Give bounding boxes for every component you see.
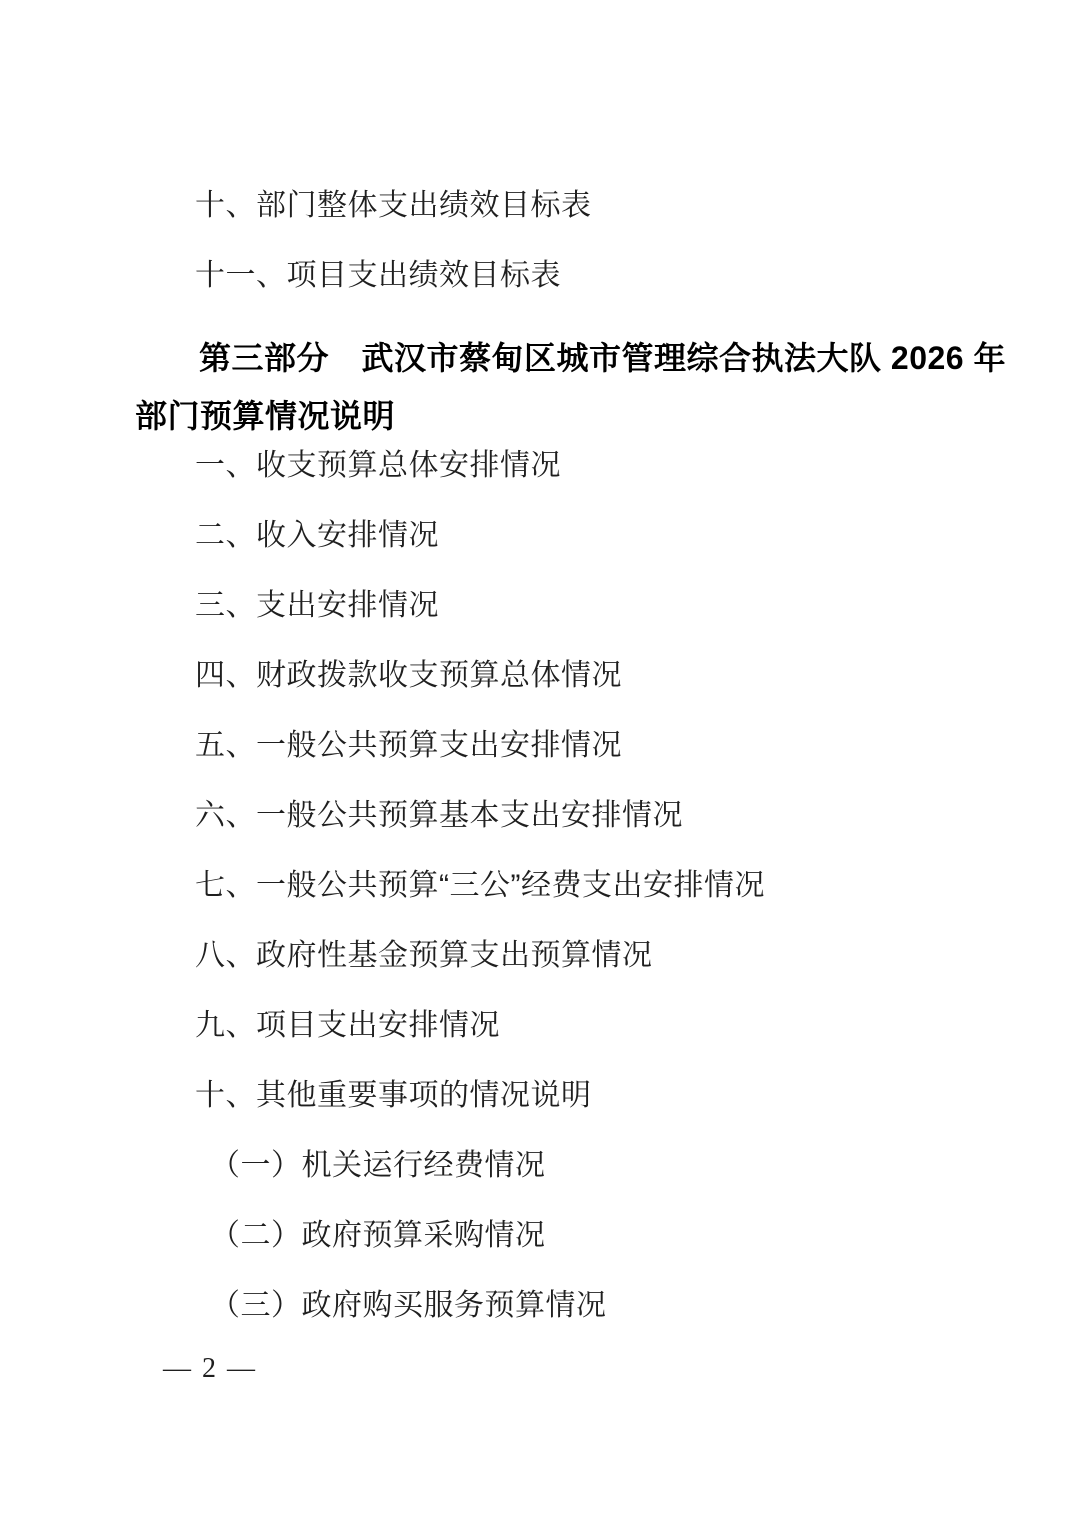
section-heading-line-2: 部门预算情况说明: [135, 387, 947, 445]
toc-sub-item: （二）政府预算采购情况: [135, 1219, 947, 1252]
toc-item: 六、一般公共预算基本支出安排情况: [135, 799, 947, 832]
toc-item: 四、财政拨款收支预算总体情况: [135, 659, 947, 692]
toc-sub-item: （一）机关运行经费情况: [135, 1149, 947, 1182]
document-page: 十、部门整体支出绩效目标表 十一、项目支出绩效目标表 第三部分 武汉市蔡甸区城市…: [0, 0, 1074, 1518]
toc-item: 一、收支预算总体安排情况: [135, 449, 947, 482]
toc-item: 八、政府性基金预算支出预算情况: [135, 939, 947, 972]
toc-content: 十、部门整体支出绩效目标表 十一、项目支出绩效目标表 第三部分 武汉市蔡甸区城市…: [135, 189, 947, 1359]
toc-sub-item: （三）政府购买服务预算情况: [135, 1289, 947, 1322]
section-heading-line-1: 第三部分 武汉市蔡甸区城市管理综合执法大队 2026 年: [135, 329, 947, 387]
toc-item: 二、收入安排情况: [135, 519, 947, 552]
section-heading: 第三部分 武汉市蔡甸区城市管理综合执法大队 2026 年 部门预算情况说明: [135, 329, 947, 445]
toc-item: 十、部门整体支出绩效目标表: [135, 189, 947, 222]
toc-item: 三、支出安排情况: [135, 589, 947, 622]
toc-item: 五、一般公共预算支出安排情况: [135, 729, 947, 762]
toc-item: 七、一般公共预算“三公”经费支出安排情况: [135, 869, 947, 902]
toc-item: 十、其他重要事项的情况说明: [135, 1079, 947, 1112]
toc-item: 十一、项目支出绩效目标表: [135, 259, 947, 292]
toc-item: 九、项目支出安排情况: [135, 1009, 947, 1042]
page-number: — 2 —: [163, 1352, 257, 1386]
